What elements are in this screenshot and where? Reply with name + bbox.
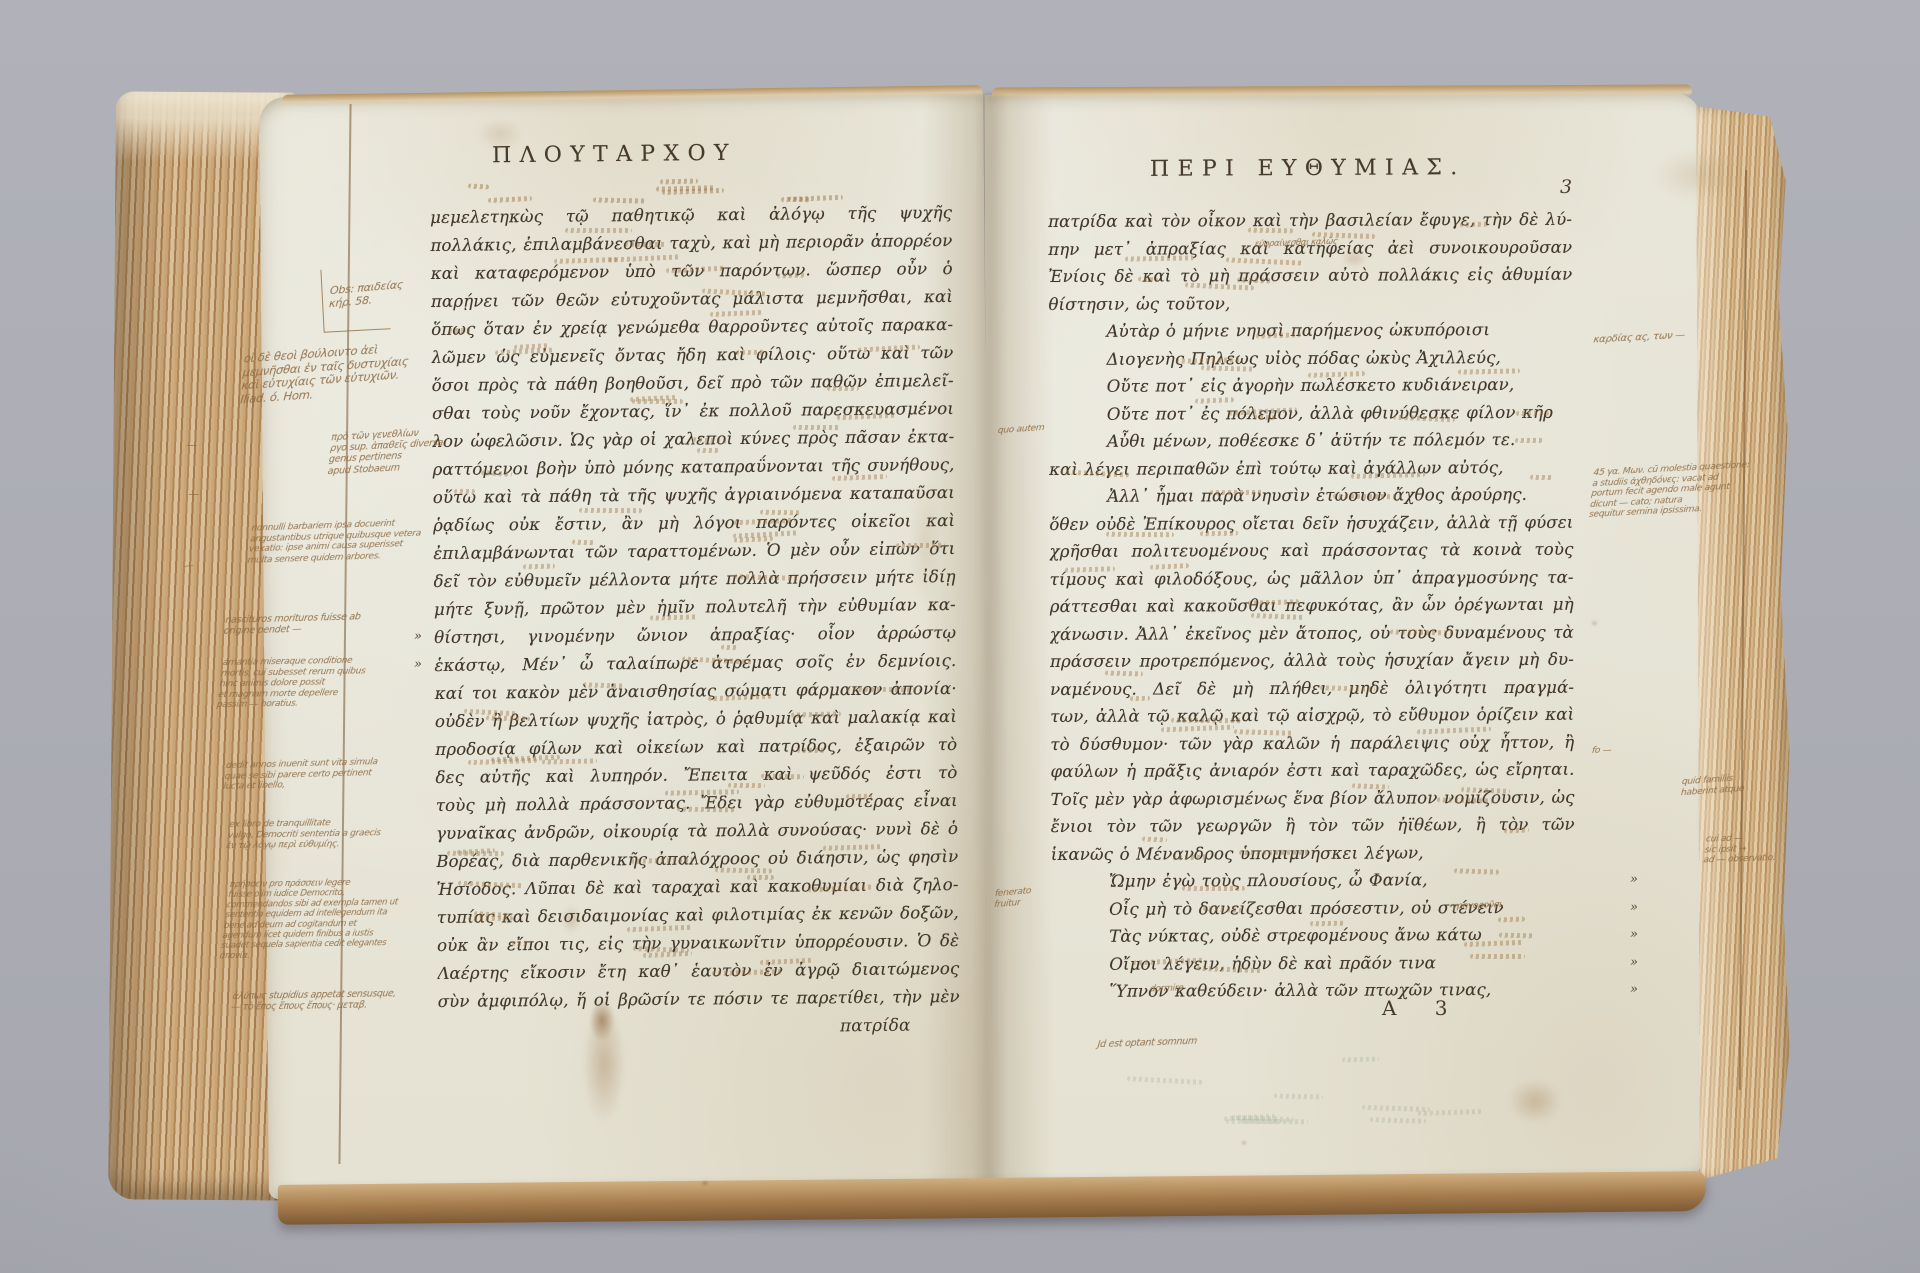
handwritten-gloss	[761, 773, 804, 779]
handwritten-note: πρήσσειν pro πράσσειν legere fuisse olim…	[219, 876, 471, 961]
handwritten-gloss	[1239, 850, 1311, 855]
handwritten-gloss	[1248, 227, 1293, 233]
printed-line: ράττεσθαι καὶ κακοῦσθαι πεφυκότας, ἂν ὧν…	[1050, 591, 1574, 621]
handwritten-gloss	[1499, 932, 1534, 938]
handwritten-gloss	[1106, 532, 1174, 538]
handwritten-gloss	[1254, 415, 1275, 421]
handwritten-gloss	[1515, 438, 1543, 443]
handwritten-gloss	[512, 941, 532, 947]
quote-mark: »	[1630, 955, 1638, 970]
handwritten-gloss	[468, 915, 513, 921]
handwritten-gloss	[747, 875, 774, 880]
handwritten-gloss	[736, 350, 765, 356]
handwritten-gloss	[1105, 670, 1143, 676]
printed-line: Ὕπνον καθεύδειν· ἀλλὰ τῶν πτωχῶν τινας,	[1051, 976, 1575, 1006]
handwritten-note: —	[185, 440, 207, 453]
handwritten-gloss	[454, 489, 475, 494]
handwritten-gloss	[572, 540, 596, 546]
handwritten-gloss	[793, 425, 840, 430]
handwritten-gloss	[1341, 1056, 1378, 1062]
handwritten-gloss	[1454, 868, 1499, 874]
handwritten-gloss	[1310, 921, 1346, 927]
printed-line: Αὖθι μένων, ποθέεσκε δ᾽ ἀϋτήν τε πόλεμόν…	[1049, 426, 1573, 456]
handwritten-note: πρὸ τῶν γενεθλίων ργο sup. ἀπαθεῖς diver…	[327, 424, 498, 477]
photo-of-open-book: ΠΛΟΥΤΑΡΧΟΥ ΠΕΡΙ ΕΥΘΥΜΙΑΣ. 3 μεμελετηκὼς …	[0, 0, 1920, 1273]
printed-line: πατρίδα καὶ τὸν οἶκον καὶ τὴν βασιλείαν …	[1048, 206, 1572, 236]
printed-line: των, ἀλλὰ τῷ καλῷ καὶ τῷ αἰσχρῷ, τὸ εὔθυ…	[1050, 701, 1574, 731]
handwritten-gloss	[677, 806, 735, 812]
gathering-signature: Α 3	[1382, 996, 1464, 1020]
folio-number: 3	[1560, 176, 1572, 198]
handwritten-gloss	[721, 645, 739, 650]
handwritten-note: ἀλύπως stupidius appetat sensusque, — τὸ…	[230, 988, 472, 1014]
handwritten-gloss	[1182, 886, 1245, 891]
printed-line: θίστησιν, ὡς τοῦτον,	[1048, 288, 1572, 318]
handwritten-gloss	[1470, 954, 1525, 959]
handwritten-note: cui ad — sic ipsit → ad — observatio.	[1703, 829, 1860, 866]
handwritten-gloss	[447, 850, 504, 855]
printed-line: τίμους καὶ φιλοδόξους, ὡς μᾶλλον ὑπ᾽ ἀπρ…	[1050, 563, 1574, 593]
printed-line: χάνωσιν. Ἀλλ᾽ ἐκεῖνος μὲν ἄτοπος, οὐ τοὺ…	[1050, 618, 1574, 648]
printed-line: ναμένους. Δεῖ δὲ μὴ πλήθει, μηδὲ ὀλιγότη…	[1050, 673, 1574, 703]
printed-line: Αὐτὰρ ὁ μήνιε νηυσὶ παρήμενος ὠκυπόροισι	[1048, 316, 1572, 346]
quote-mark: »	[1630, 872, 1638, 887]
right-page-header: ΠΕΡΙ ΕΥΘΥΜΙΑΣ.	[1150, 155, 1466, 182]
handwritten-gloss	[846, 794, 873, 799]
printed-line: Ἀλλ᾽ ἧμαι παρὰ νηυσὶν ἐτώσιον ἄχθος ἀρού…	[1049, 481, 1573, 511]
left-page-header: ΠΛΟΥΤΑΡΧΟΥ	[492, 141, 737, 169]
handwritten-note: fo —	[1591, 744, 1653, 757]
handwritten-gloss	[1130, 695, 1150, 701]
handwritten-gloss	[632, 399, 683, 404]
handwritten-gloss	[827, 386, 859, 391]
handwritten-gloss	[1333, 494, 1401, 500]
printed-line: Οἴμοι λέγειν, ἡδὺν δὲ καὶ πρᾶόν τινα	[1051, 948, 1575, 978]
handwritten-gloss	[797, 748, 825, 753]
left-text-block: μεμελετηκὼς τῷ παθητικῷ καὶ ἀλόγῳ τῆς ψυ…	[430, 199, 960, 1016]
handwritten-gloss	[565, 228, 632, 233]
printed-line: ἱκανῶς ὁ Μένανδρος ὑπομιμνήσκει λέγων,	[1051, 838, 1575, 868]
handwritten-gloss	[579, 508, 642, 513]
handwritten-gloss	[625, 242, 666, 247]
handwritten-gloss	[760, 510, 800, 516]
handwritten-gloss	[697, 447, 719, 452]
printed-line: Οὔτε ποτ᾽ ἐς πόλεμον, ἀλλὰ φθινύθεσκε φί…	[1049, 398, 1573, 428]
handwritten-gloss	[1137, 276, 1157, 282]
handwritten-note: amantia miseraque conditione mortis, cui…	[216, 654, 462, 711]
handwritten-gloss	[1460, 221, 1489, 227]
handwritten-gloss	[1237, 277, 1274, 283]
printed-line: καὶ λέγει περιπαθῶν ἐπὶ τούτῳ καὶ ἀγάλλω…	[1049, 453, 1573, 483]
printed-line: ἔνιοι τὸν τῶν γεωργῶν ἢ τὸν τῶν ἠϊθέων, …	[1051, 811, 1575, 841]
handwritten-gloss	[1142, 836, 1167, 842]
quote-mark: »	[1630, 982, 1638, 997]
printed-line: τὸ δύσθυμον· τῶν γὰρ καλῶν ἡ παράλειψις …	[1050, 728, 1574, 758]
handwritten-gloss	[1516, 411, 1549, 416]
handwritten-gloss	[1171, 717, 1243, 722]
catchword: πατρίδα	[840, 1016, 911, 1037]
handwritten-gloss	[449, 328, 471, 333]
quote-mark: »	[1630, 927, 1638, 942]
printed-line: φαύλων ἡ πρᾶξις ἀνιαρόν ἐστι καὶ ταραχῶδ…	[1050, 756, 1574, 786]
quote-mark: »	[1630, 900, 1638, 915]
handwritten-gloss	[1241, 1118, 1308, 1124]
handwritten-note: ex libro de tranquillitate vulgo, Democr…	[225, 816, 460, 852]
handwritten-gloss	[1461, 787, 1510, 794]
handwritten-gloss	[650, 614, 698, 620]
handwritten-gloss	[1530, 475, 1554, 480]
printed-line: σὺν ἀμφιπόλῳ, ἥ οἱ βρῶσίν τε πόσιν τε πα…	[438, 983, 960, 1016]
handwritten-note: —	[187, 489, 209, 502]
handwritten-note: —	[184, 559, 205, 573]
handwritten-gloss	[1210, 490, 1263, 495]
handwritten-gloss	[728, 783, 765, 788]
printed-line: Ἐνίοις δὲ καὶ τὸ μὴ πράσσειν αὐτὸ πολλάκ…	[1048, 261, 1572, 291]
printed-line: χρῆσθαι πολιτευομένους καὶ πράσσοντας τὰ…	[1049, 536, 1573, 566]
handwritten-note: dedit annos inuenit sunt vita simula qua…	[222, 755, 465, 793]
handwritten-note: nonnulli barbariem ipsa docuerint angust…	[247, 516, 465, 566]
right-text-block: πατρίδα καὶ τὸν οἶκον καὶ τὴν βασιλείαν …	[1048, 206, 1575, 1006]
